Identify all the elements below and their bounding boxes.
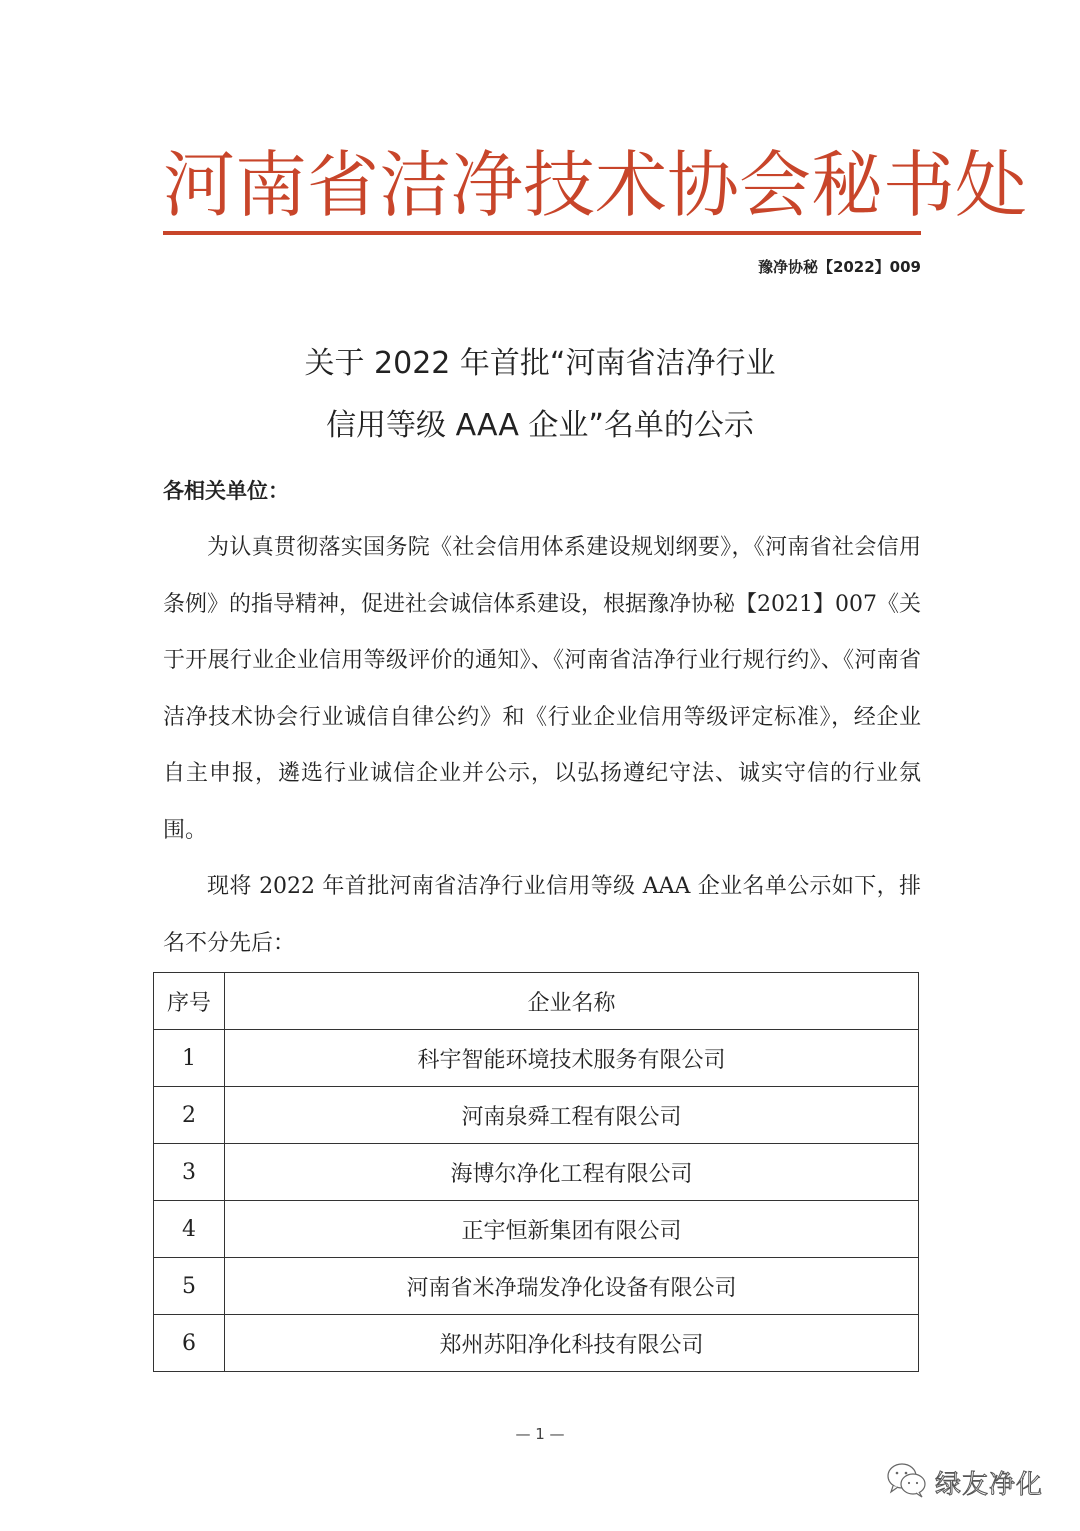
row-number: 5: [154, 1258, 225, 1315]
company-name: 河南省米净瑞发净化设备有限公司: [225, 1258, 919, 1315]
document-title-line1: 关于 2022 年首批“河南省洁净行业: [0, 338, 1080, 382]
company-name: 郑州苏阳净化科技有限公司: [225, 1315, 919, 1372]
company-name: 海博尔净化工程有限公司: [225, 1144, 919, 1201]
table-row: 1 科宇智能环境技术服务有限公司: [154, 1030, 919, 1087]
letterhead-rule: [163, 231, 921, 235]
company-name: 河南泉舜工程有限公司: [225, 1087, 919, 1144]
watermark-text: 绿友净化: [935, 1464, 1043, 1501]
wechat-icon: [885, 1460, 929, 1504]
row-number: 3: [154, 1144, 225, 1201]
page-number: — 1 —: [0, 1425, 1080, 1443]
salutation: 各相关单位：: [163, 475, 289, 505]
table-row: 3 海博尔净化工程有限公司: [154, 1144, 919, 1201]
company-name: 科宇智能环境技术服务有限公司: [225, 1030, 919, 1087]
table-row: 2 河南泉舜工程有限公司: [154, 1087, 919, 1144]
document-title-line2: 信用等级 AAA 企业”名单的公示: [0, 400, 1080, 444]
wechat-watermark: 绿友净化: [885, 1460, 1043, 1504]
row-number: 4: [154, 1201, 225, 1258]
row-number: 1: [154, 1030, 225, 1087]
column-header-number: 序号: [154, 973, 225, 1030]
org-letterhead-title: 河南省洁净技术协会秘书处: [163, 140, 923, 230]
document-number: 豫净协秘【2022】009: [758, 256, 921, 277]
row-number: 6: [154, 1315, 225, 1372]
table-row: 4 正宇恒新集团有限公司: [154, 1201, 919, 1258]
table-row: 6 郑州苏阳净化科技有限公司: [154, 1315, 919, 1372]
body-paragraph-2: 现将 2022 年首批河南省洁净行业信用等级 AAA 企业名单公示如下，排名不分…: [163, 859, 921, 972]
company-list-table: 序号 企业名称 1 科宇智能环境技术服务有限公司 2 河南泉舜工程有限公司 3 …: [153, 972, 919, 1372]
table-row: 5 河南省米净瑞发净化设备有限公司: [154, 1258, 919, 1315]
company-name: 正宇恒新集团有限公司: [225, 1201, 919, 1258]
column-header-company: 企业名称: [225, 973, 919, 1030]
table-header-row: 序号 企业名称: [154, 973, 919, 1030]
body-paragraph-1: 为认真贯彻落实国务院《社会信用体系建设规划纲要》，《河南省社会信用条例》的指导精…: [163, 520, 921, 859]
row-number: 2: [154, 1087, 225, 1144]
